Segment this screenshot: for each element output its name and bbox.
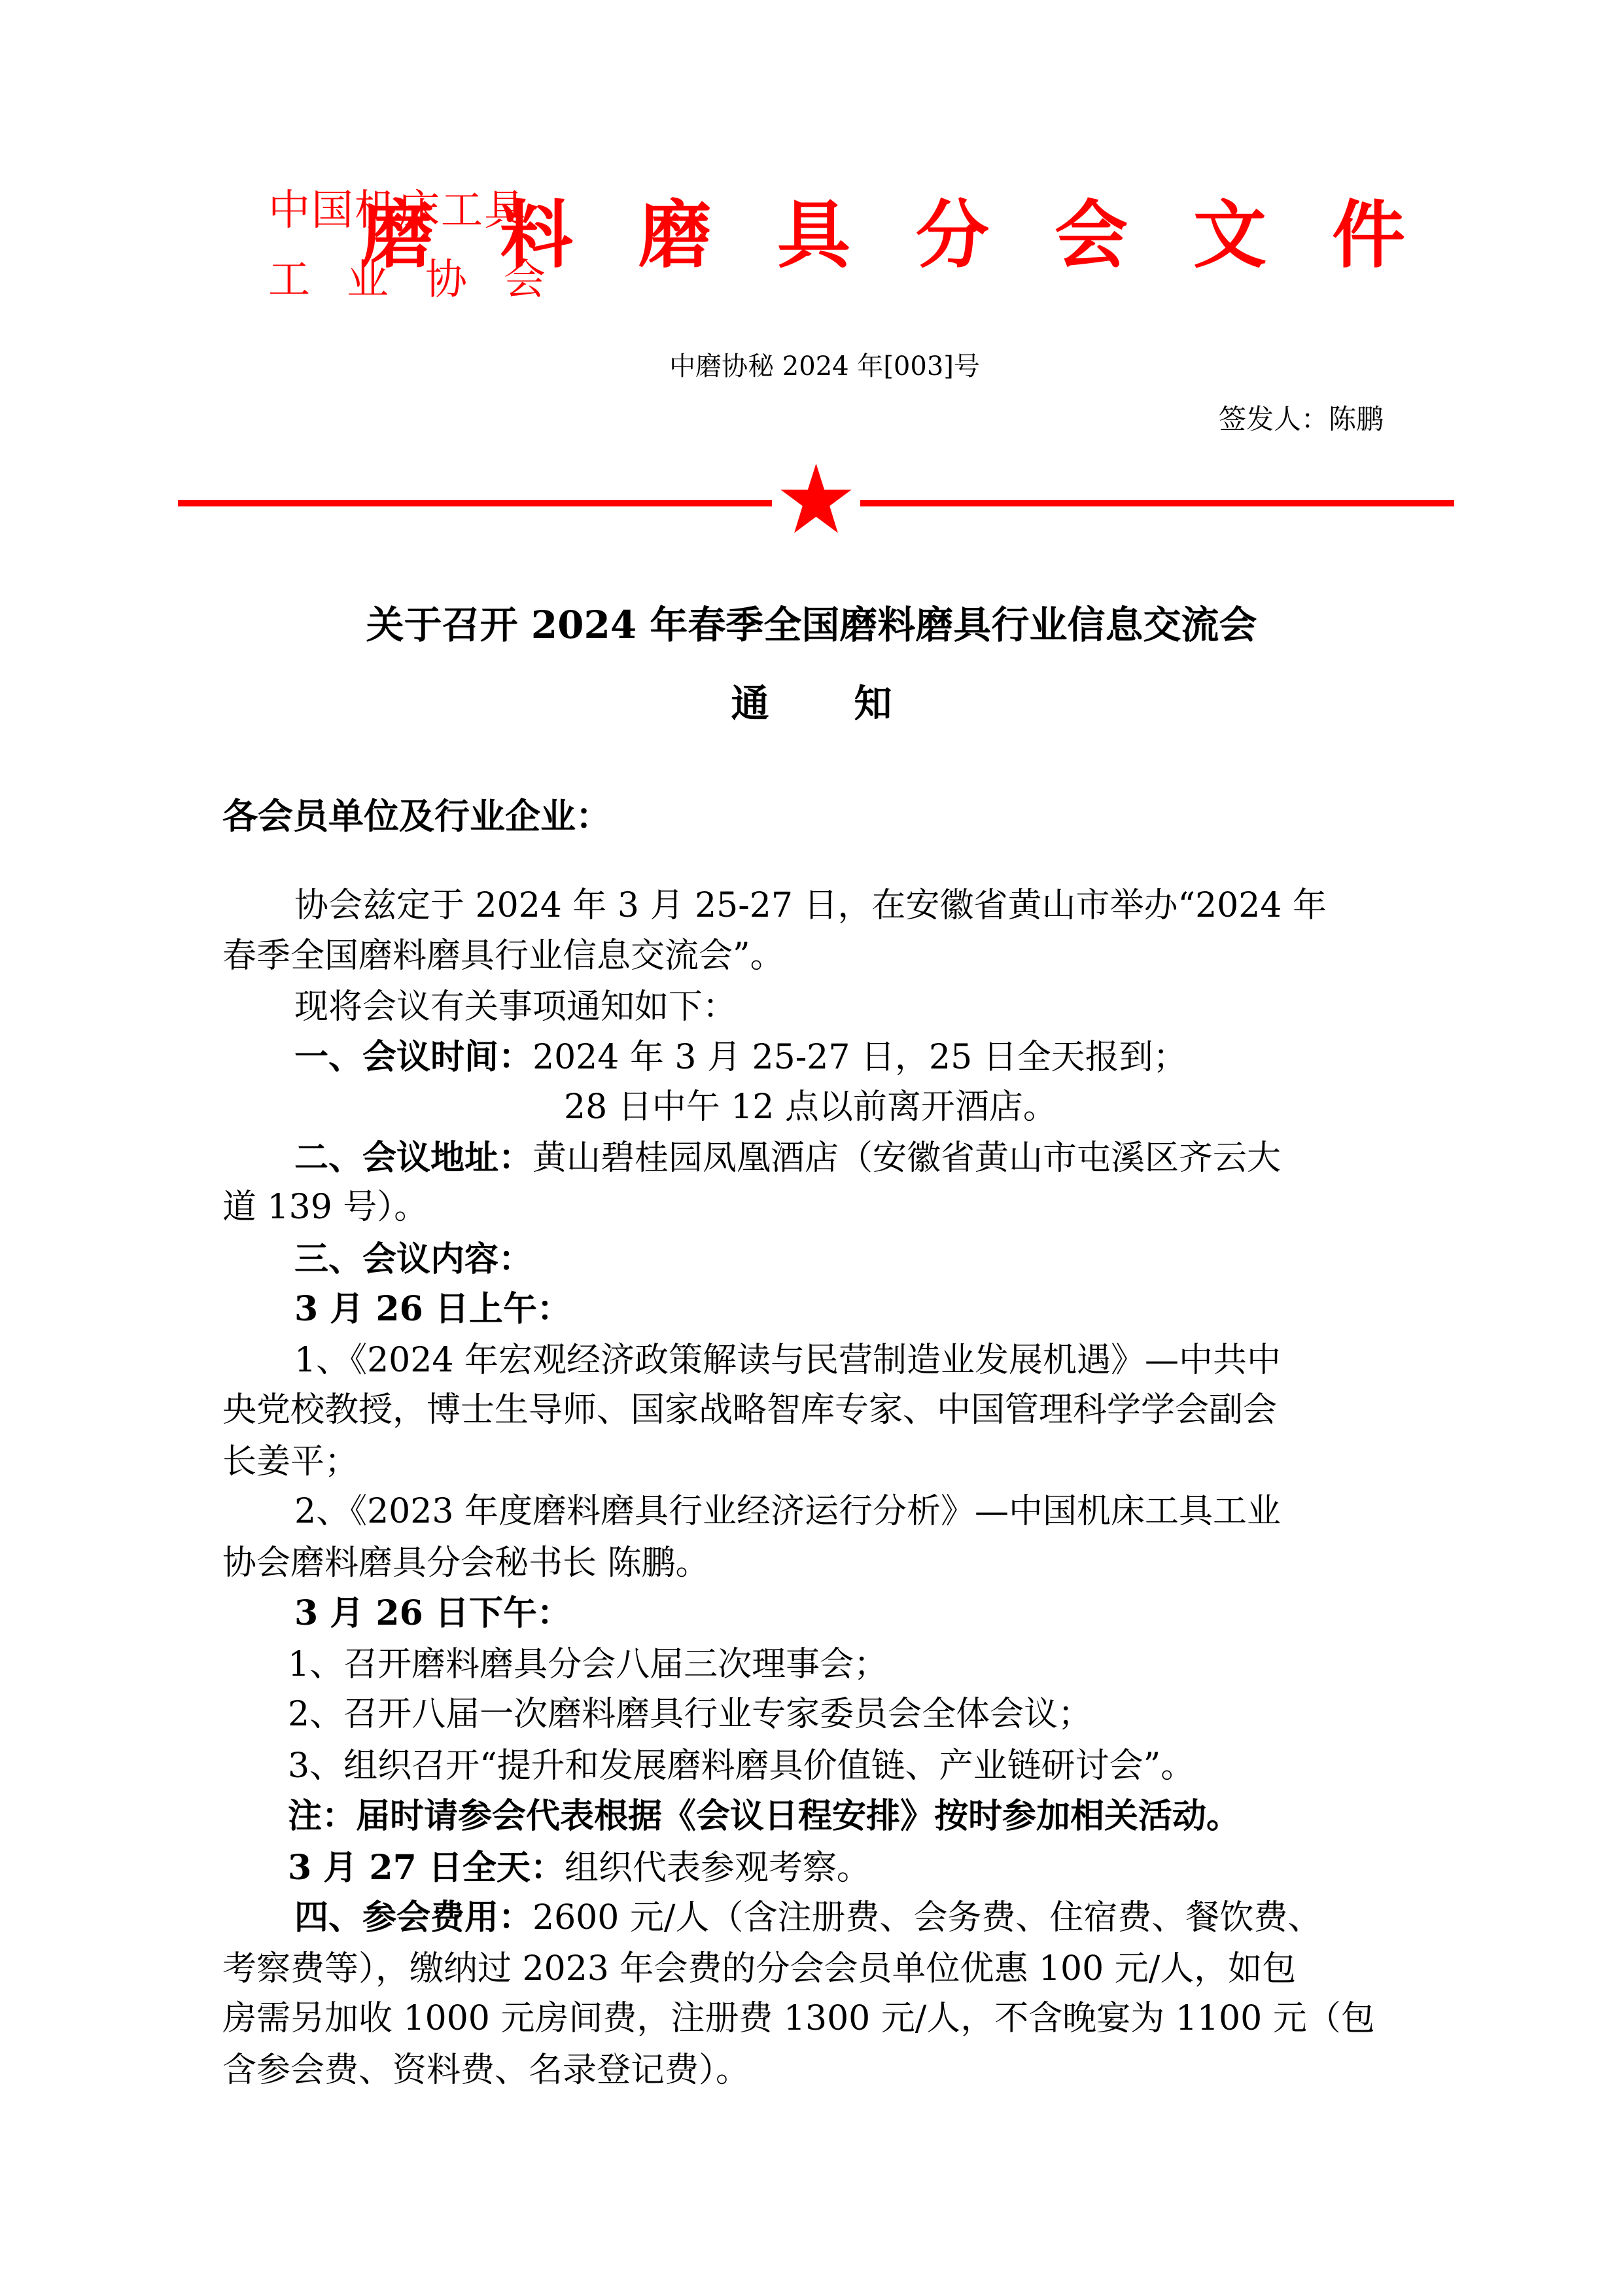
section-label: 四、参会费用： bbox=[294, 1898, 532, 1937]
agenda-item-cont: 协会磨料磨具分会秘书长 陈鹏。 bbox=[222, 1538, 1393, 1589]
section-text: 2024 年 3 月 25-27 日，25 日全天报到； bbox=[532, 1038, 1187, 1077]
section-meeting-content: 三、会议内容： bbox=[222, 1234, 1465, 1284]
notice-subtitle: 通知 bbox=[0, 680, 1623, 726]
body-paragraph-line: 房需另加收 1000 元房间费，注册费 1300 元/人，不含晚宴为 1100 … bbox=[222, 1994, 1393, 2044]
schedule-label-pm: 3 月 26 日下午： bbox=[222, 1588, 1465, 1638]
agenda-item: 3、组织召开“提升和发展磨料磨具价值链、产业链研讨会”。 bbox=[222, 1741, 1459, 1792]
org-name-char: 工 bbox=[268, 259, 347, 301]
schedule-label-day27: 3 月 27 日全天： bbox=[288, 1848, 565, 1888]
signer-label: 签发人： bbox=[1219, 403, 1329, 435]
agenda-item: 1、召开磨料磨具分会八届三次理事会； bbox=[222, 1640, 1459, 1690]
body-paragraph-line: 现将会议有关事项通知如下： bbox=[222, 982, 1465, 1033]
body-paragraph-line: 春季全国磨料磨具行业信息交流会”。 bbox=[222, 931, 1393, 981]
section-text: 黄山碧桂园凤凰酒店（安徽省黄山市屯溪区齐云大 bbox=[532, 1139, 1281, 1178]
star-icon bbox=[778, 462, 854, 539]
note: 注：届时请参会代表根据《会议日程安排》按时参加相关活动。 bbox=[222, 1791, 1459, 1841]
agenda-item-cont: 长姜平； bbox=[222, 1437, 1393, 1487]
schedule-text: 组织代表参观考察。 bbox=[565, 1848, 871, 1888]
section-label: 一、会议时间： bbox=[294, 1037, 532, 1077]
body-paragraph-line: 28 日中午 12 点以前离开酒店。 bbox=[222, 1082, 1623, 1133]
notice-subtitle-char: 知 bbox=[854, 680, 892, 726]
body-paragraph-line: 道 139 号）。 bbox=[222, 1182, 1393, 1233]
signer-name: 陈鹏 bbox=[1329, 403, 1384, 435]
body-paragraph-line: 含参会费、资料费、名录登记费）。 bbox=[222, 2045, 1393, 2096]
salutation: 各会员单位及行业企业： bbox=[222, 793, 611, 839]
section-meeting-time: 一、会议时间：2024 年 3 月 25-27 日，25 日全天报到； bbox=[222, 1032, 1465, 1083]
body-paragraph-line: 考察费等），缴纳过 2023 年会费的分会会员单位优惠 100 元/人，如包 bbox=[222, 1944, 1393, 1994]
schedule-day27: 3 月 27 日全天：组织代表参观考察。 bbox=[222, 1843, 1459, 1894]
agenda-item: 2、《2023 年度磨料磨具行业经济运行分析》—中国机床工具工业 bbox=[222, 1487, 1465, 1537]
signer: 签发人：陈鹏 bbox=[1219, 402, 1384, 436]
red-rule-left bbox=[178, 500, 772, 506]
section-text: 2600 元/人（含注册费、会务费、住宿费、餐饮费、 bbox=[532, 1898, 1321, 1937]
document-header-title: 磨料磨具分会文件 bbox=[361, 196, 1471, 275]
notice-subtitle-char: 通 bbox=[731, 680, 769, 726]
agenda-item-cont: 央党校教授，博士生导师、国家战略智库专家、中国管理科学学会副会 bbox=[222, 1385, 1393, 1436]
agenda-item: 1、《2024 年宏观经济政策解读与民营制造业发展机遇》—中共中 bbox=[222, 1335, 1465, 1386]
schedule-label-am: 3 月 26 日上午： bbox=[222, 1284, 1465, 1334]
section-fees: 四、参会费用：2600 元/人（含注册费、会务费、住宿费、餐饮费、 bbox=[222, 1892, 1465, 1943]
body-paragraph-line: 协会兹定于 2024 年 3 月 25-27 日，在安徽省黄山市举办“2024 … bbox=[222, 881, 1465, 931]
document-number: 中磨协秘 2024 年[003]号 bbox=[0, 350, 1623, 383]
agenda-item: 2、召开八届一次磨料磨具行业专家委员会全体会议； bbox=[222, 1689, 1459, 1740]
red-rule-right bbox=[860, 500, 1454, 506]
section-label: 二、会议地址： bbox=[294, 1138, 532, 1178]
section-meeting-address: 二、会议地址：黄山碧桂园凤凰酒店（安徽省黄山市屯溪区齐云大 bbox=[222, 1133, 1465, 1184]
notice-title: 关于召开 2024 年春季全国磨料磨具行业信息交流会 bbox=[0, 602, 1623, 648]
